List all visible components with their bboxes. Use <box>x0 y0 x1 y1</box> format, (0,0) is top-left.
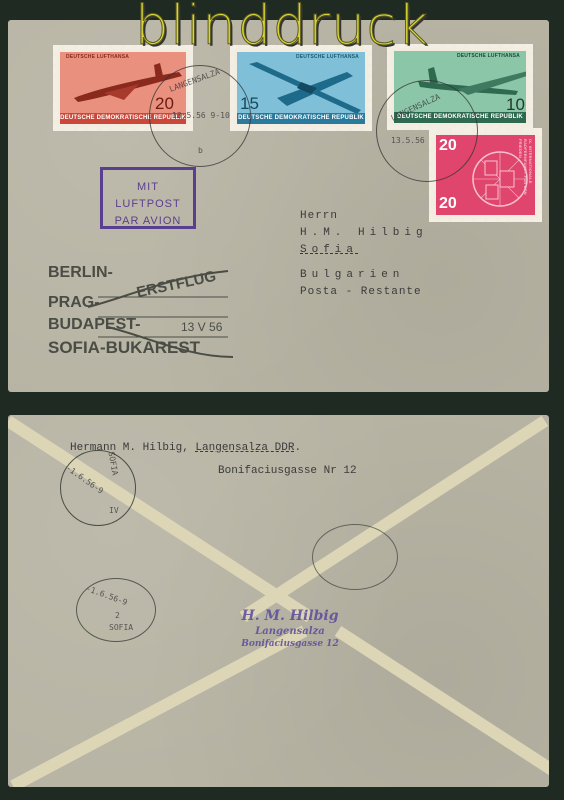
postmark-town: SOFIA <box>107 451 120 476</box>
stamp-header: IX. INTERNATIONALE RADFERNFAHRT FÜR DEN … <box>523 139 533 215</box>
cachet-date: 13 V 56 <box>181 317 222 337</box>
recipient-city: Sofia <box>300 242 428 259</box>
airmail-label-line1: MIT LUFTPOST <box>103 179 193 213</box>
flap-seam <box>335 626 549 778</box>
envelope-front: DEUTSCHE LUFTHANSA 20 DEUTSCHE DEMOKRATI… <box>8 20 549 392</box>
wheel-emblem-icon <box>470 149 530 209</box>
watermark: blinddruck <box>0 0 564 57</box>
recipient-note: Posta - Restante <box>300 284 428 301</box>
postmark-date: 13.5.56 9-10 <box>172 111 230 120</box>
recipient-name: H.M. Hilbig <box>300 225 428 242</box>
airmail-label: MIT LUFTPOST PAR AVION <box>100 167 196 229</box>
postmark: -1.6.56-9 2 SOFIA <box>76 578 156 642</box>
stamp-airmail-15-blue: DEUTSCHE LUFTHANSA 15 DEUTSCHE DEMOKRATI… <box>230 45 372 131</box>
stamp-country: DEUTSCHE DEMOKRATISCHE REPUBLIK <box>237 113 365 124</box>
sender-city: Langensalza DDR <box>195 442 294 454</box>
postmark-town: LANGENSALZA <box>390 92 442 123</box>
sender-handstamp: H. M. Hilbig Langensalza Bonifaciusgasse… <box>235 608 345 649</box>
postmark-date: -1.6.56-9 <box>64 463 105 495</box>
stamp-value-bottom: 20 <box>439 195 457 213</box>
airmail-label-line2: PAR AVION <box>103 213 193 230</box>
postmark-town: LANGENSALZA <box>168 67 221 94</box>
cachet-route-2: PRAG- <box>48 293 100 313</box>
postmark: LANGENSALZA 13.5.56 <box>376 80 478 182</box>
postmark: LANGENSALZA 13.5.56 9-10 b <box>149 65 251 167</box>
postmark-code: 2 <box>115 611 120 620</box>
postmark: -1.6.56-9 SOFIA IV <box>60 450 136 526</box>
postmark-town: SOFIA <box>109 623 133 632</box>
handstamp-street: Bonifaciusgasse 12 <box>235 639 345 649</box>
handstamp-name: H. M. Hilbig <box>235 608 345 624</box>
handstamp-city: Langensalza <box>235 626 345 637</box>
flap-seam <box>10 626 307 787</box>
cachet-route-3: BUDAPEST- <box>48 315 140 335</box>
postmark-code: b <box>198 146 203 155</box>
postmark-date: -1.6.56-9 <box>85 584 129 607</box>
recipient-salutation: Herrn <box>300 208 428 225</box>
cachet-route-1: BERLIN- <box>48 263 113 283</box>
postmark-code: IV <box>109 506 119 515</box>
cachet-route-4: SOFIA-BUKAREST <box>48 338 200 358</box>
postmark <box>312 524 398 590</box>
recipient-country: Bulgarien <box>300 267 428 284</box>
first-flight-cachet: BERLIN- PRAG- BUDAPEST- SOFIA-BUKAREST E… <box>48 263 233 375</box>
postmark-date: 13.5.56 <box>391 136 425 145</box>
recipient-address: Herrn H.M. Hilbig Sofia Bulgarien Posta … <box>300 208 428 301</box>
